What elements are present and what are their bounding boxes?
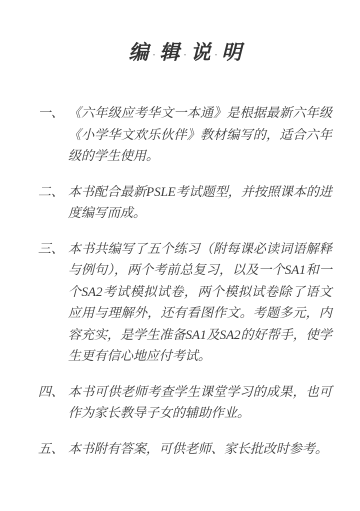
item-text: 《六年级应考华文一本通》是根据最新六年级《小学华文欢乐伙伴》教材编写的，适合六年… <box>68 102 332 167</box>
list-item: 二、 本书配合最新PSLE考试题型，并按照课本的进度编写而成。 <box>38 181 332 224</box>
document-body: { "title": { "chars": ["编", "辑", "说", "明… <box>0 0 360 511</box>
item-number: 三、 <box>38 238 68 367</box>
title-char: 说 <box>191 42 211 64</box>
list-item: 五、 本书附有答案，可供老师、家长批改时参考。 <box>38 438 332 460</box>
list-item: 一、 《六年级应考华文一本通》是根据最新六年级《小学华文欢乐伙伴》教材编写的，适… <box>38 102 332 167</box>
title-separator-dot: · <box>183 42 186 68</box>
item-number: 五、 <box>38 438 68 460</box>
editorial-notes-list: 一、 《六年级应考华文一本通》是根据最新六年级《小学华文欢乐伙伴》教材编写的，适… <box>38 102 332 459</box>
title-char: 编 <box>128 42 148 64</box>
item-text: 本书可供老师考查学生课堂学习的成果，也可作为家长教导子女的辅助作业。 <box>68 381 332 424</box>
title-separator-dot: · <box>152 42 155 68</box>
page-title: 编·辑·说·明 <box>38 40 332 68</box>
item-number: 四、 <box>38 381 68 424</box>
title-char: 辑 <box>159 42 179 64</box>
item-text: 本书配合最新PSLE考试题型，并按照课本的进度编写而成。 <box>68 181 332 224</box>
item-text: 本书共编写了五个练习（附每课必读词语解释与例句），两个考前总复习，以及一个SA1… <box>68 238 332 367</box>
title-separator-dot: · <box>215 42 218 68</box>
title-char: 明 <box>222 42 242 64</box>
item-number: 二、 <box>38 181 68 224</box>
item-text: 本书附有答案，可供老师、家长批改时参考。 <box>68 438 332 460</box>
list-item: 四、 本书可供老师考查学生课堂学习的成果，也可作为家长教导子女的辅助作业。 <box>38 381 332 424</box>
list-item: 三、 本书共编写了五个练习（附每课必读词语解释与例句），两个考前总复习，以及一个… <box>38 238 332 367</box>
item-number: 一、 <box>38 102 68 167</box>
document-page: 编·辑·说·明 一、 《六年级应考华文一本通》是根据最新六年级《小学华文欢乐伙伴… <box>0 0 360 511</box>
